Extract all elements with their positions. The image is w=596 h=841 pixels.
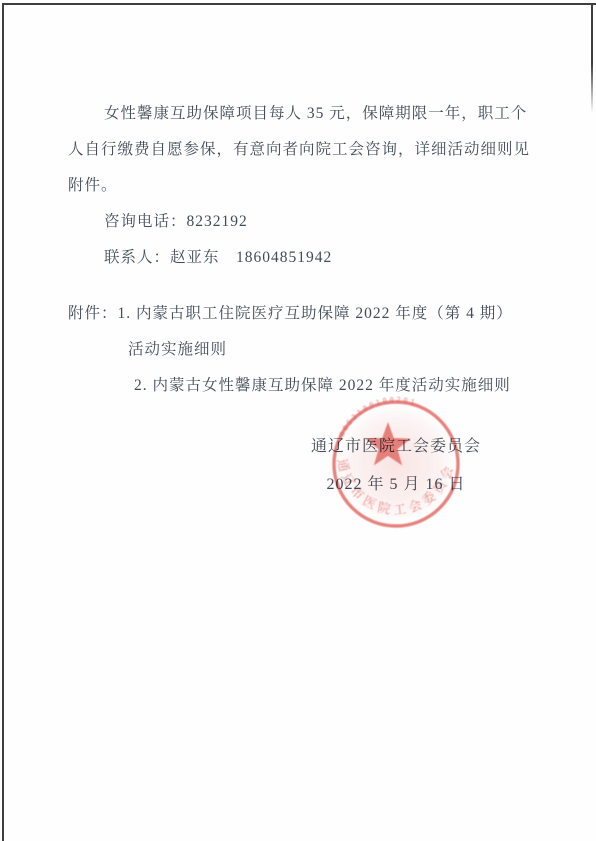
attachment-line-1: 附件：1. 内蒙古职工住院医疗互助保障 2022 年度（第 4 期） bbox=[68, 296, 528, 332]
signature-block: 通辽市医院工会委员会 2022 年 5 月 16 日 bbox=[300, 428, 492, 504]
contact-person-line: 联系人：赵亚东 18604851942 bbox=[104, 240, 528, 276]
contact-phone-line: 咨询电话：8232192 bbox=[104, 204, 528, 240]
scan-edge-top bbox=[2, 3, 596, 5]
blank-line-gap bbox=[68, 276, 528, 296]
scan-edge-right bbox=[591, 3, 593, 113]
scan-edge-left bbox=[2, 3, 4, 841]
attachment-line-2: 活动实施细则 bbox=[128, 332, 528, 368]
signature-date: 2022 年 5 月 16 日 bbox=[300, 466, 492, 504]
signature-organization: 通辽市医院工会委员会 bbox=[300, 428, 492, 466]
scanned-document-page: 女性馨康互助保障项目每人 35 元，保障期限一年，职工个 人自行缴费自愿参保，有… bbox=[0, 0, 596, 841]
paragraph-line-3: 附件。 bbox=[68, 168, 528, 204]
attachment-line-3: 2. 内蒙古女性馨康互助保障 2022 年度活动实施细则 bbox=[134, 368, 528, 404]
paragraph-line-2: 人自行缴费自愿参保，有意向者向院工会咨询，详细活动细则见 bbox=[68, 132, 528, 168]
document-body: 女性馨康互助保障项目每人 35 元，保障期限一年，职工个 人自行缴费自愿参保，有… bbox=[68, 96, 528, 404]
paragraph-line-1: 女性馨康互助保障项目每人 35 元，保障期限一年，职工个 bbox=[104, 96, 528, 132]
